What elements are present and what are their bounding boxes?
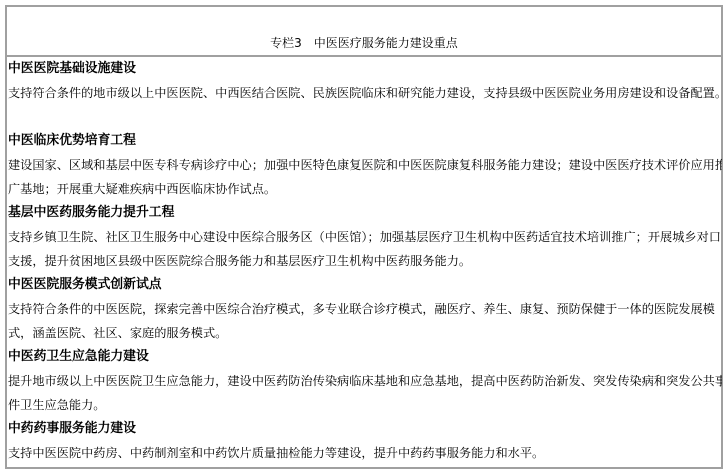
section-text: 式，涵盖医院、社区、家庭的服务模式。 (8, 321, 722, 345)
section-text: 提升地市级以上中医医院卫生应急能力，建设中医药防治传染病临床基地和应急基地，提高… (8, 369, 722, 393)
section-text: 支持中医医院中药房、中药制剂室和中药饮片质量抽检能力等建设，提升中药药事服务能力… (8, 441, 722, 465)
section-text: 建设国家、区域和基层中医专科专病诊疗中心；加强中医特色康复医院和中医医院康复科服… (8, 153, 722, 177)
table-frame: 专栏3 中医医疗服务能力建设重点 中医医院基础设施建设 支持符合条件的地市级以上… (5, 5, 723, 469)
table-title: 专栏3 中医医疗服务能力建设重点 (7, 35, 721, 51)
section-heading: 中医临床优势培育工程 (8, 129, 722, 153)
section-text: 支援，提升贫困地区县级中医医院综合服务能力和基层医疗卫生机构中医药服务能力。 (8, 249, 722, 273)
section-heading: 中医药卫生应急能力建设 (8, 345, 722, 369)
content-cell: 中医医院基础设施建设 支持符合条件的地市级以上中医医院、中西医结合医院、民族医院… (7, 57, 722, 465)
section-text: 广基地；开展重大疑难疾病中西医临床协作试点。 (8, 177, 722, 201)
section-text: 件卫生应急能力。 (8, 393, 722, 417)
blank-line (8, 105, 722, 129)
section-text: 支持符合条件的地市级以上中医医院、中西医结合医院、民族医院临床和研究能力建设，支… (8, 81, 722, 105)
section-text: 支持符合条件的中医医院，探索完善中医综合治疗模式，多专业联合诊疗模式，融医疗、养… (8, 297, 722, 321)
title-row: 专栏3 中医医疗服务能力建设重点 (7, 7, 721, 57)
section-heading: 基层中医药服务能力提升工程 (8, 201, 722, 225)
section-text: 支持乡镇卫生院、社区卫生服务中心建设中医综合服务区（中医馆）；加强基层医疗卫生机… (8, 225, 722, 249)
section-heading: 中医医院服务模式创新试点 (8, 273, 722, 297)
section-heading: 中医医院基础设施建设 (8, 57, 722, 81)
section-heading: 中药药事服务能力建设 (8, 417, 722, 441)
